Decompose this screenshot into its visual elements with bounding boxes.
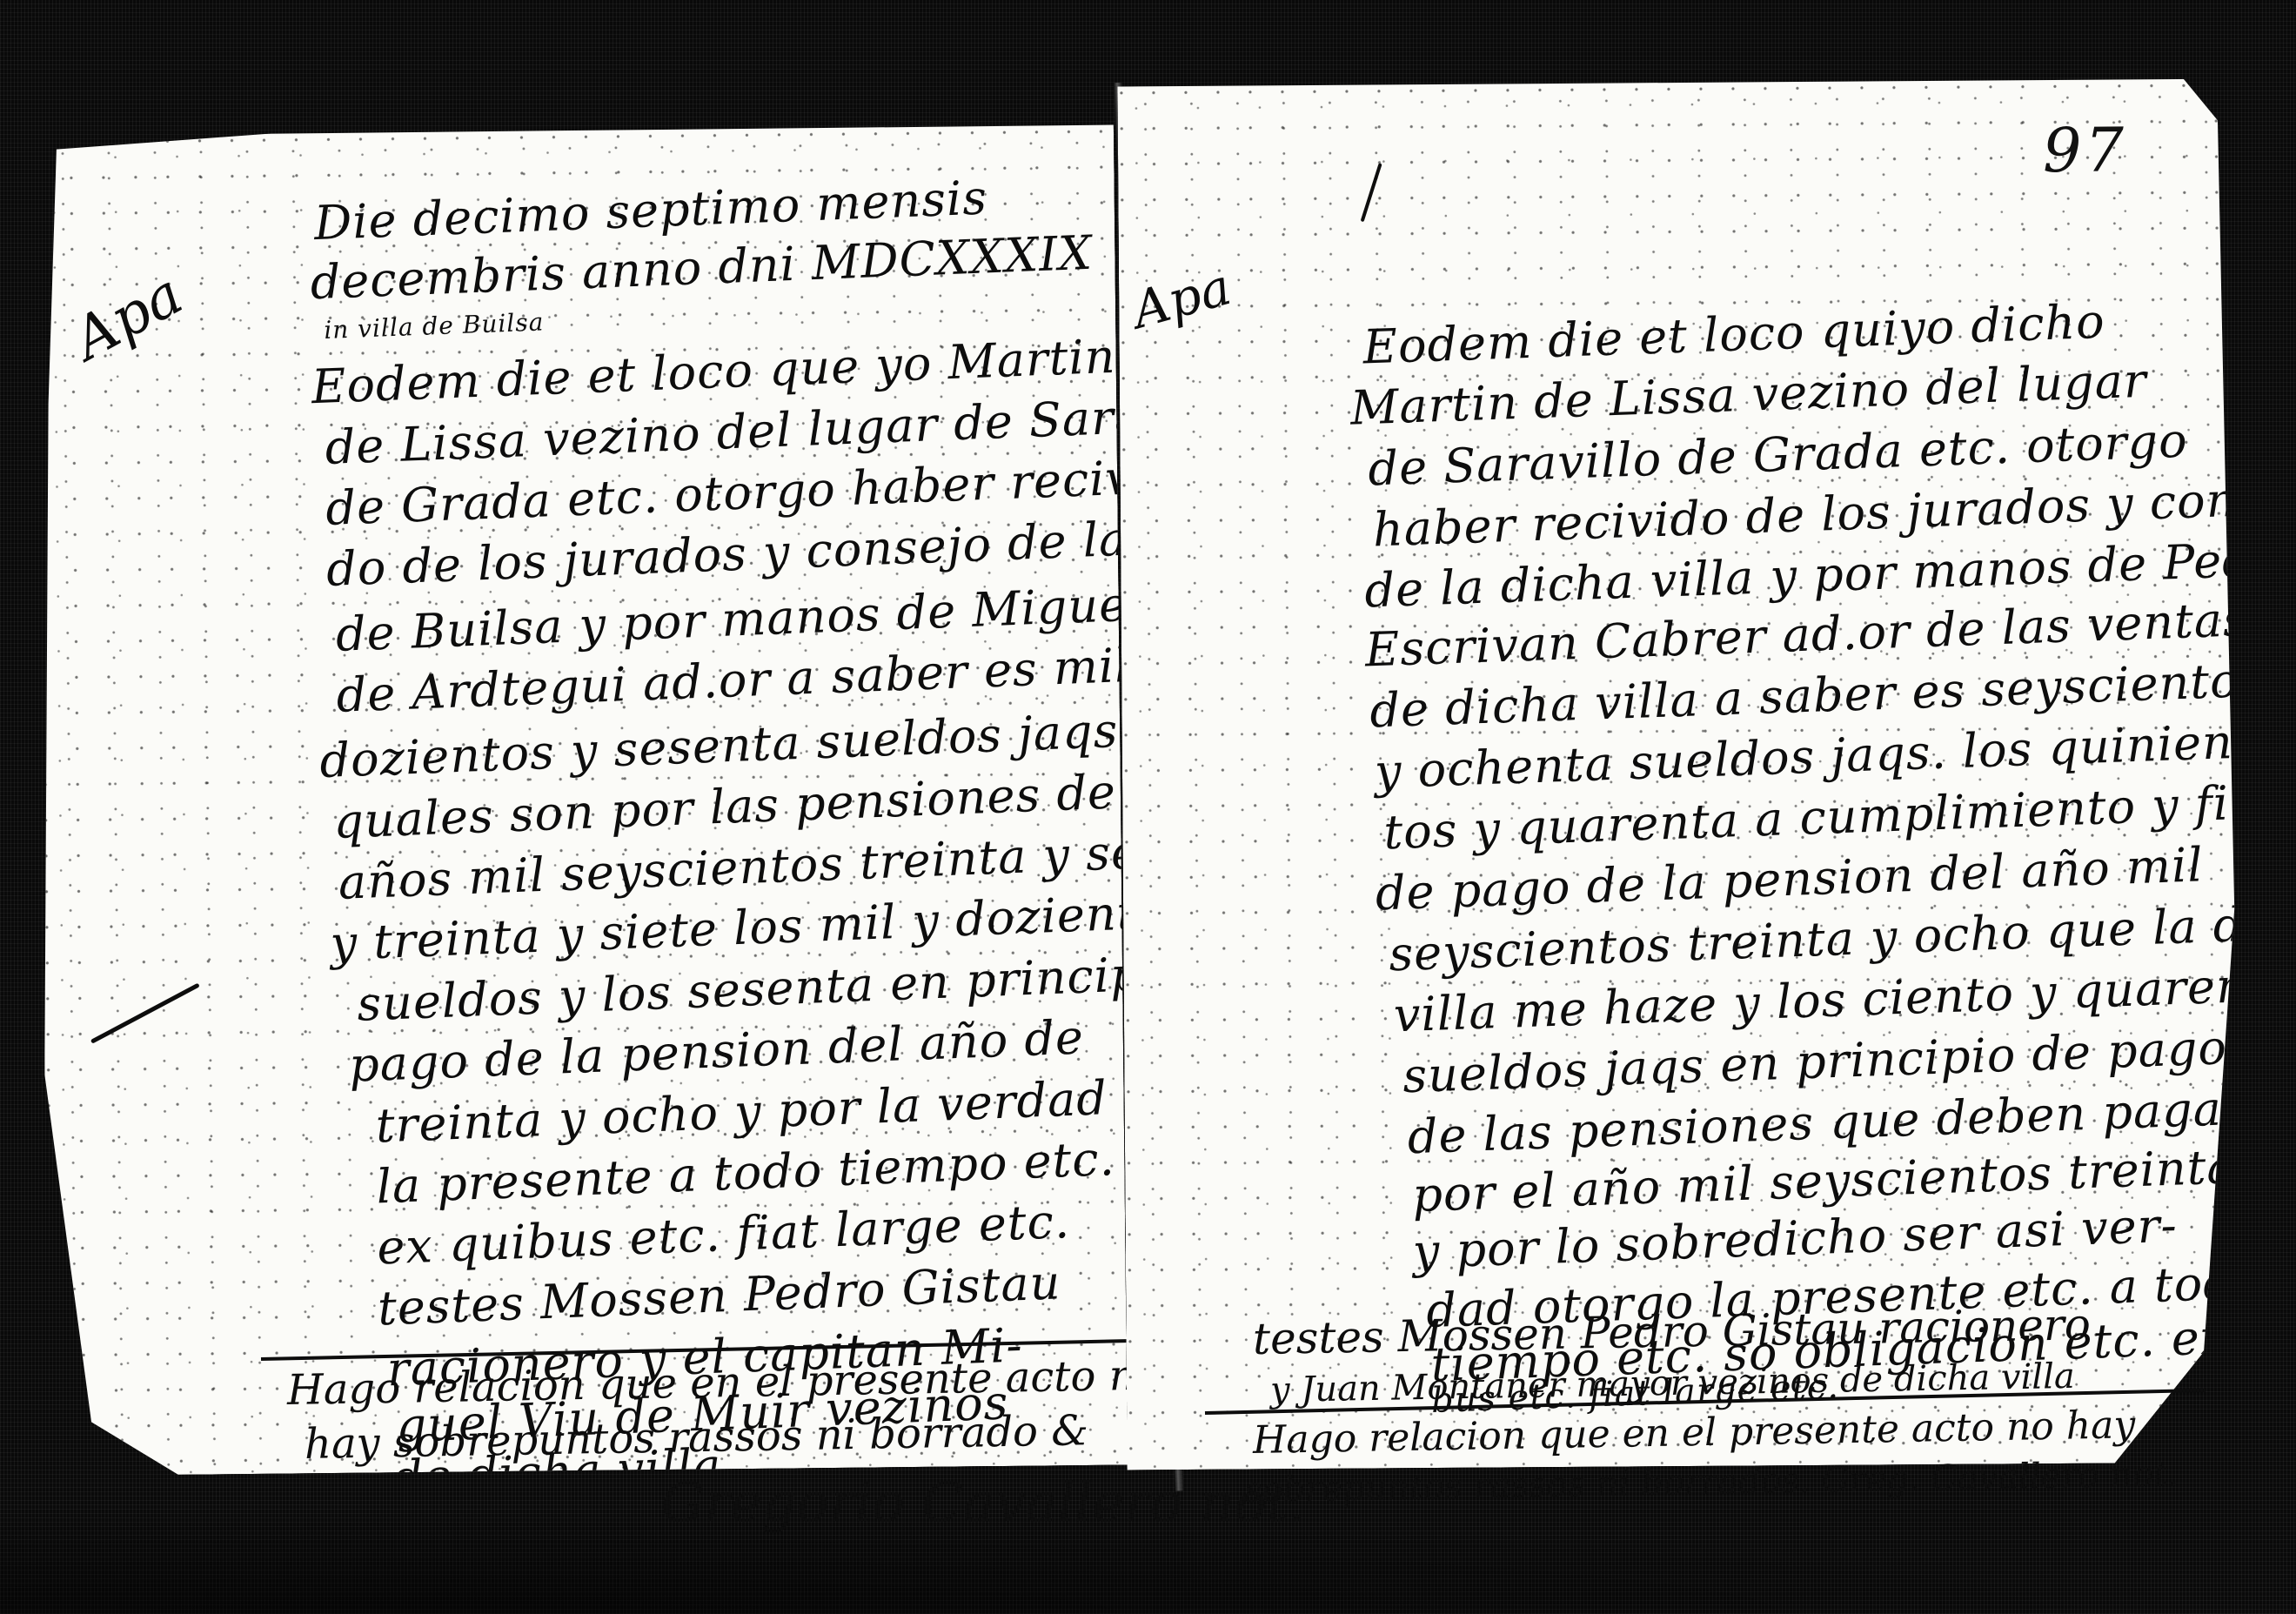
folio-number: 97: [2043, 114, 2128, 186]
heading-line: in villa de Builsa: [324, 307, 545, 345]
notary-signature: Gregorio Cavallero not.: [661, 1470, 1306, 1534]
right-page: 97 Apa Eodem die et loco quiyo dicho Mar…: [1117, 79, 2249, 1470]
left-margin-note: Apa: [63, 260, 193, 372]
left-page: Apa Die decimo septimo mensis decembris …: [35, 125, 1128, 1477]
right-margin-note: Apa: [1126, 257, 1237, 340]
pen-stroke-mark: [1361, 163, 1382, 222]
